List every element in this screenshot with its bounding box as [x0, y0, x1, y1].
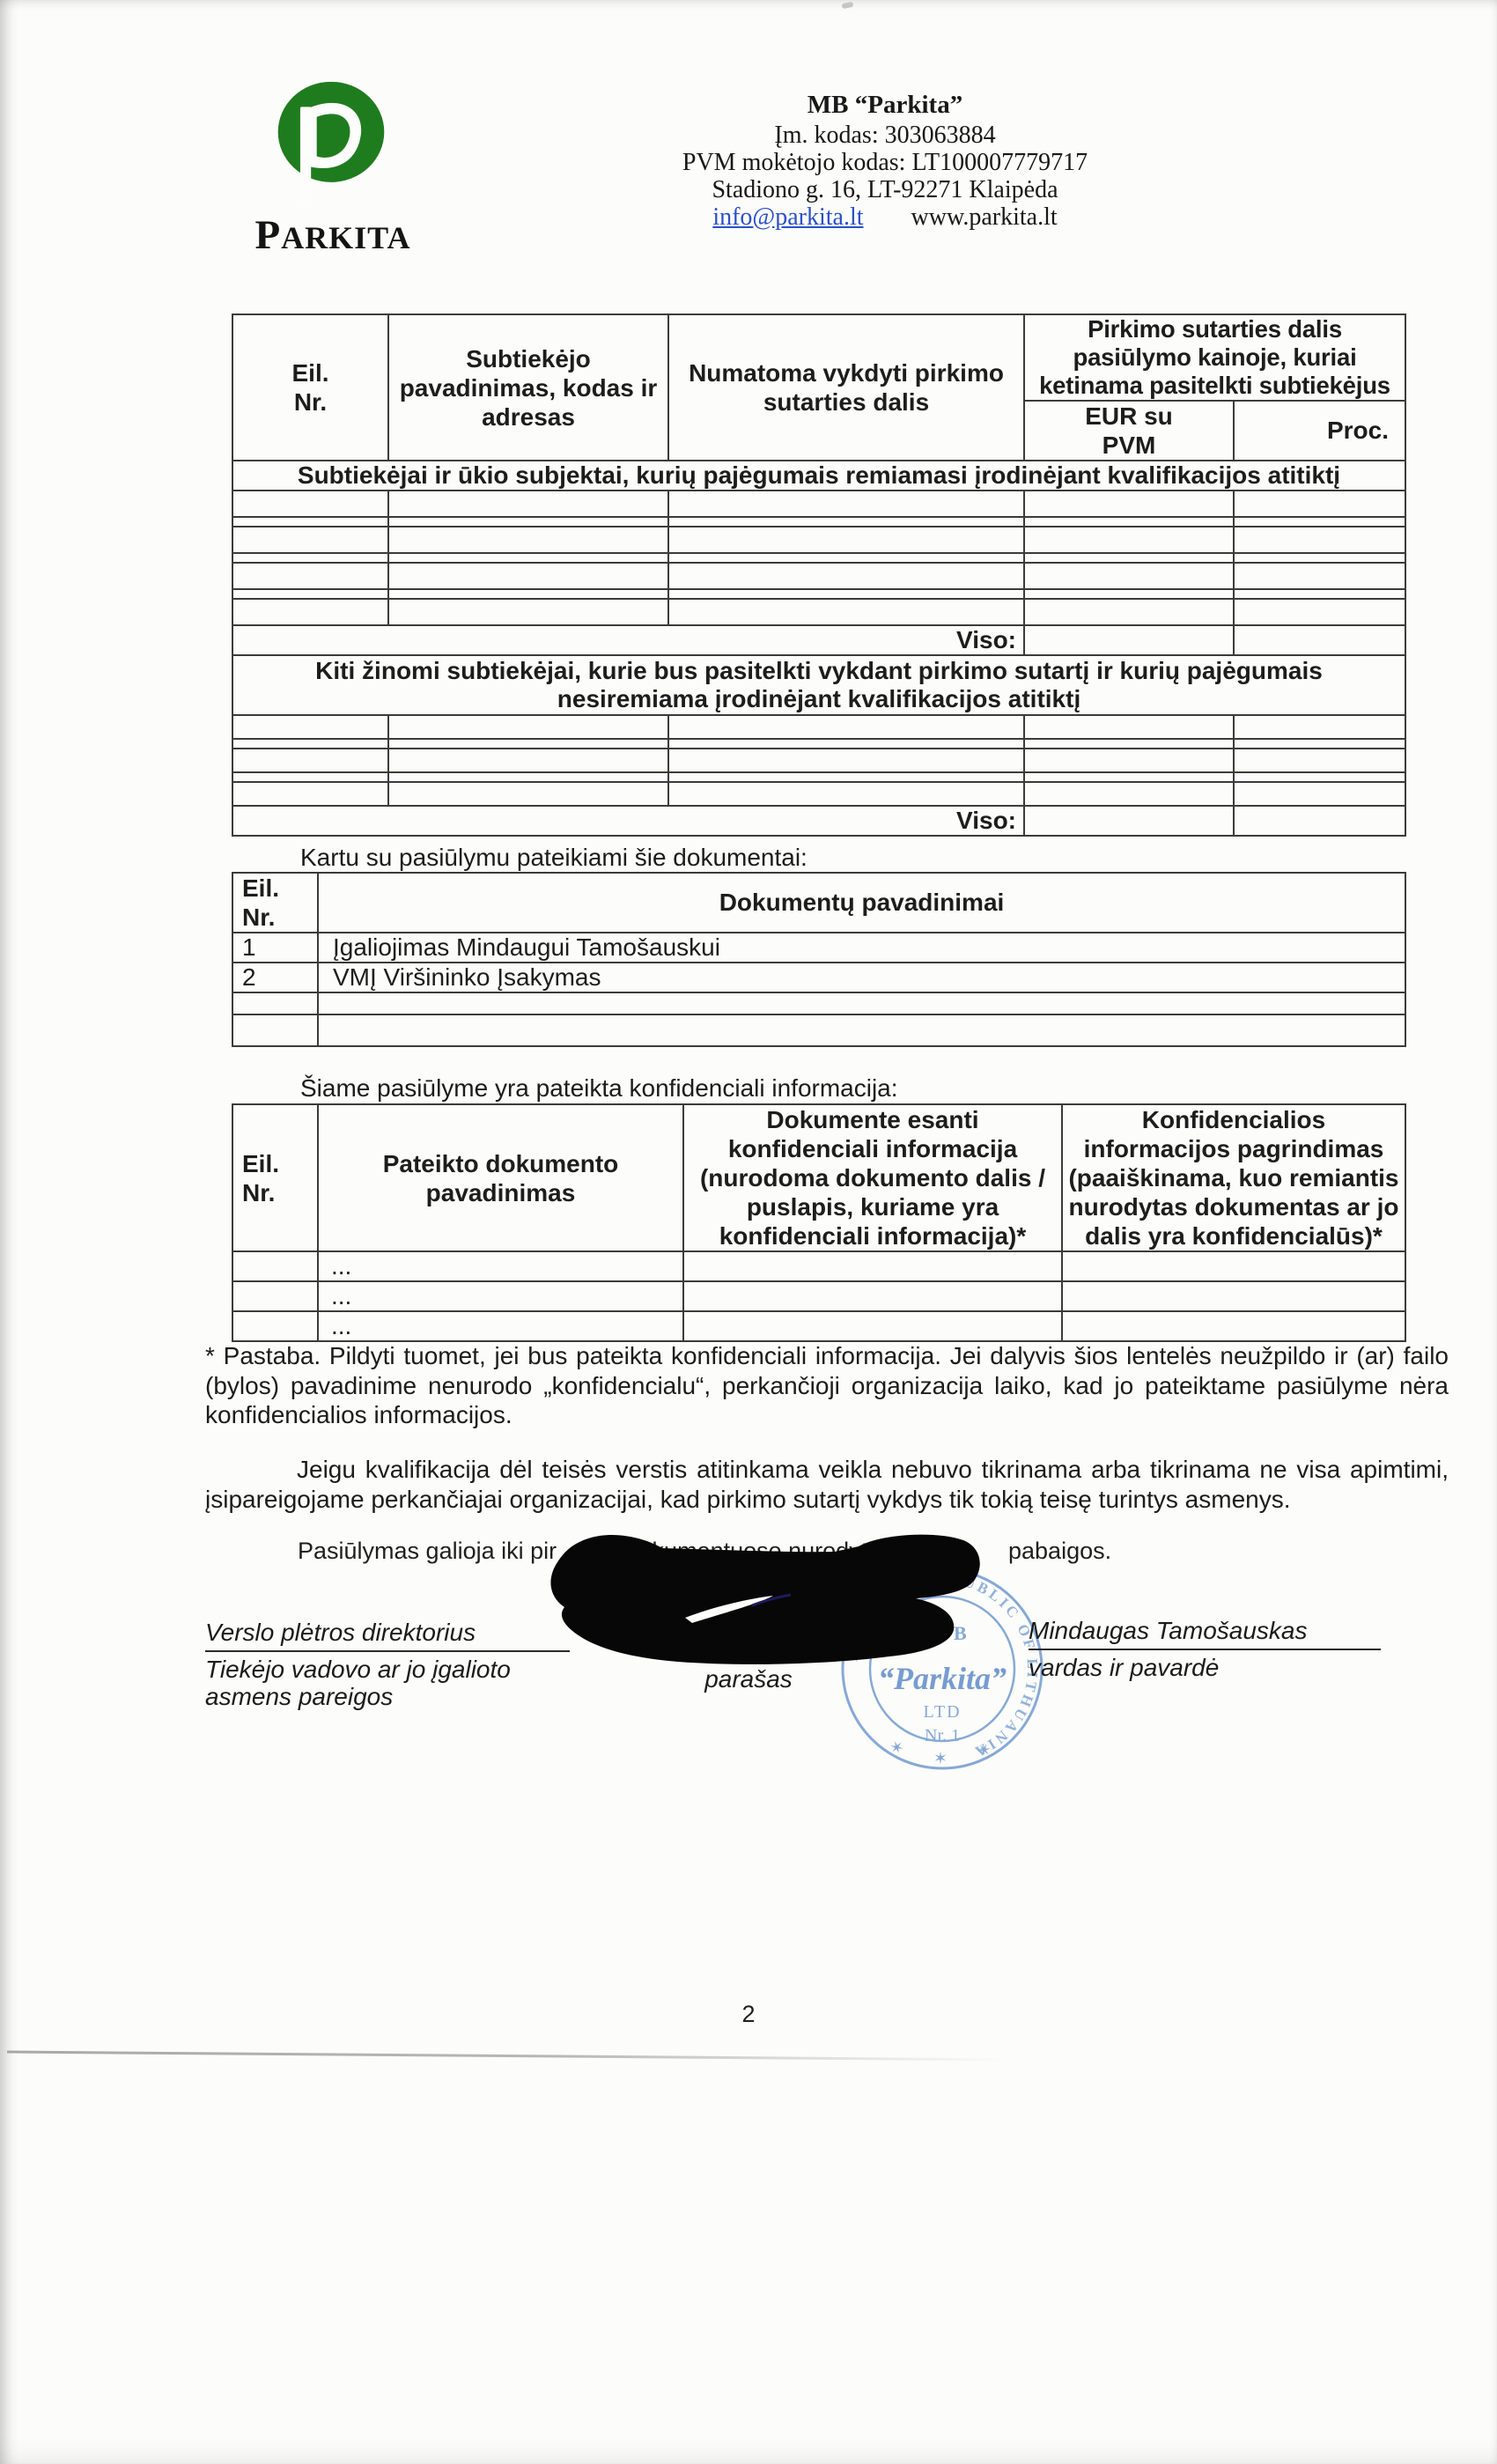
stamp-star-icon: ✶ [974, 1740, 993, 1762]
total1-label: Viso: [232, 625, 1024, 655]
table-row: 2 VMĮ Viršininko Įsakymas [232, 963, 1405, 992]
col-header-doc-name: Pateikto dokumento pavadinimas [318, 1104, 683, 1251]
validity-text-segment: Pasiūlymas galioja iki pir [298, 1538, 557, 1565]
col-header-price-span: Pirkimo sutarties dalis pasiūlymo kainoj… [1024, 314, 1405, 401]
total2-label: Viso: [232, 806, 1024, 836]
table-row: ... [232, 1281, 1405, 1311]
signer-name: Mindaugas Tamošauskas [1029, 1617, 1381, 1650]
total2-proc-cell [1234, 806, 1405, 836]
validity-text-segment: pabaigos. [1008, 1538, 1111, 1565]
stamp-center-line1: B [954, 1622, 967, 1644]
company-name: MB “Parkita” [489, 92, 1281, 119]
section-row: Subtiekėjai ir ūkio subjektai, kurių paj… [232, 461, 1405, 491]
company-round-stamp: LIETUVOS REPUBLIC OF LITHUANIA B “Parkit… [843, 1569, 1042, 1768]
total-row: Viso: [232, 806, 1405, 836]
total2-eur-cell [1024, 806, 1234, 836]
table-row [232, 553, 1405, 563]
col-header-subcontractor: Subtiekėjo pavadinimas, kodas ir adresas [388, 314, 668, 461]
doc-row-name: Įgaliojimas Mindaugui Tamošauskui [318, 933, 1405, 963]
confidential-table: Eil. Nr. Pateikto dokumento pavadinimas … [232, 1103, 1406, 1342]
col-header-eur: EUR su PVM [1024, 401, 1234, 461]
signature-caption: parašas [669, 1665, 828, 1693]
company-vat-code: PVM mokėtojo kodas: LT100007779717 [489, 149, 1281, 176]
letterhead-block: MB “Parkita” Įm. kodas: 303063884 PVM mo… [489, 92, 1281, 231]
logo-wordmark: PARKITA [227, 211, 439, 259]
scanned-document-page: PARKITA MB “Parkita” Įm. kodas: 30306388… [0, 0, 1497, 2464]
col-header-eil-nr: Eil. Nr. [232, 314, 388, 461]
signer-position-caption: Tiekėjo vadovo ar jo įgalioto [205, 1656, 570, 1683]
table-row [232, 715, 1405, 739]
company-contacts: info@parkita.ltwww.parkita.lt [489, 203, 1281, 231]
col-header-conf-basis: Konfidencialios informacijos pagrindimas… [1062, 1104, 1405, 1251]
stamp-ring-text: LIETUVOS REPUBLIC OF LITHUANIA [844, 1570, 1041, 1761]
table-row [232, 772, 1405, 782]
table-header-row: Eil. Nr. Pateikto dokumento pavadinimas … [232, 1104, 1405, 1251]
total-row: Viso: [232, 625, 1405, 655]
signer-name-caption: vardas ir pavardė [1029, 1654, 1381, 1681]
table-row [232, 589, 1405, 599]
conf-row-placeholder: ... [318, 1281, 683, 1311]
col-header-eil-nr: Eil. Nr. [232, 1104, 318, 1251]
table-header-row: Eil. Nr. Dokumentų pavadinimai [232, 873, 1405, 933]
conf-row-placeholder: ... [318, 1311, 683, 1341]
table-row: ... [232, 1251, 1405, 1281]
total1-proc-cell [1234, 625, 1405, 655]
table-row: ... [232, 1311, 1405, 1341]
confidential-table-intro: Šiame pasiūlyme yra pateikta konfidencia… [300, 1074, 898, 1103]
stamp-star-icon: ✶ [888, 1737, 907, 1759]
table-row [232, 563, 1405, 589]
table-row [232, 1014, 1405, 1046]
company-reg-code: Įm. kodas: 303063884 [489, 122, 1281, 149]
total1-eur-cell [1024, 625, 1234, 655]
stamp-star-icon: ✶ [933, 1750, 948, 1768]
signer-position-title: Verslo plėtros direktorius [205, 1619, 570, 1652]
signer-position-block: Verslo plėtros direktorius Tiekėjo vadov… [205, 1619, 570, 1710]
table-header-row: Eil. Nr. Subtiekėjo pavadinimas, kodas i… [232, 314, 1405, 401]
doc-row-name: VMĮ Viršininko Įsakymas [318, 963, 1405, 992]
scan-artifact-top [842, 2, 854, 10]
section-row: Kiti žinomi subtiekėjai, kurie bus pasit… [232, 655, 1405, 715]
stamp-center-name: “Parkita” [878, 1661, 1007, 1696]
svg-text:LIETUVOS REPUBLIC OF: LIETUVOS REPUBLIC OF LITHUANIA [844, 1570, 1041, 1761]
table-row [232, 527, 1405, 553]
doc-row-nr: 1 [232, 933, 318, 963]
scan-artifact-line [7, 2051, 1007, 2062]
table-row [232, 749, 1405, 772]
section2-label: Kiti žinomi subtiekėjai, kurie bus pasit… [232, 655, 1405, 715]
asterisk-note: * Pastaba. Pildyti tuomet, jei bus patei… [205, 1341, 1449, 1430]
col-header-contract-part: Numatoma vykdyti pirkimo sutarties dalis [668, 314, 1024, 461]
signer-name-block: Mindaugas Tamošauskas vardas ir pavardė [1029, 1617, 1381, 1681]
table-row [232, 782, 1405, 806]
logo-wordmark-initial: P [254, 212, 281, 258]
table-row: 1 Įgaliojimas Mindaugui Tamošauskui [232, 933, 1405, 963]
company-address: Stadiono g. 16, LT-92271 Klaipėda [489, 176, 1281, 203]
table-row [232, 739, 1405, 749]
table-row [232, 491, 1405, 517]
validity-text-segment: o dokumentuose nurodyta t [606, 1538, 894, 1565]
conf-row-placeholder: ... [318, 1251, 683, 1281]
col-header-doc-names: Dokumentų pavadinimai [318, 873, 1405, 933]
doc-row-nr: 2 [232, 963, 318, 992]
page-number: 2 [0, 2001, 1497, 2028]
logo-wordmark-rest: ARKITA [281, 220, 410, 255]
table-row [232, 599, 1405, 625]
signer-position-caption: asmens pareigos [205, 1683, 570, 1710]
col-header-proc: Proc. [1234, 401, 1405, 461]
col-header-conf-info: Dokumente esanti konfidenciali informaci… [683, 1104, 1062, 1251]
company-email-link: info@parkita.lt [712, 203, 863, 231]
table-row [232, 992, 1405, 1014]
documents-table: Eil. Nr. Dokumentų pavadinimai 1 Įgalioj… [232, 872, 1406, 1047]
table-row [232, 517, 1405, 527]
section1-label: Subtiekėjai ir ūkio subjektai, kurių paj… [232, 461, 1405, 491]
qualification-note: Jeigu kvalifikacija dėl teisės verstis a… [205, 1455, 1449, 1514]
documents-table-intro: Kartu su pasiūlymu pateikiami šie dokume… [300, 844, 807, 872]
company-website: www.parkita.lt [911, 203, 1058, 231]
stamp-center-nr: Nr. 1 [925, 1726, 960, 1745]
col-header-eil-nr: Eil. Nr. [232, 873, 318, 933]
stamp-center-ltd: LTD [923, 1702, 961, 1722]
subcontractors-table: Eil. Nr. Subtiekėjo pavadinimas, kodas i… [232, 314, 1406, 837]
